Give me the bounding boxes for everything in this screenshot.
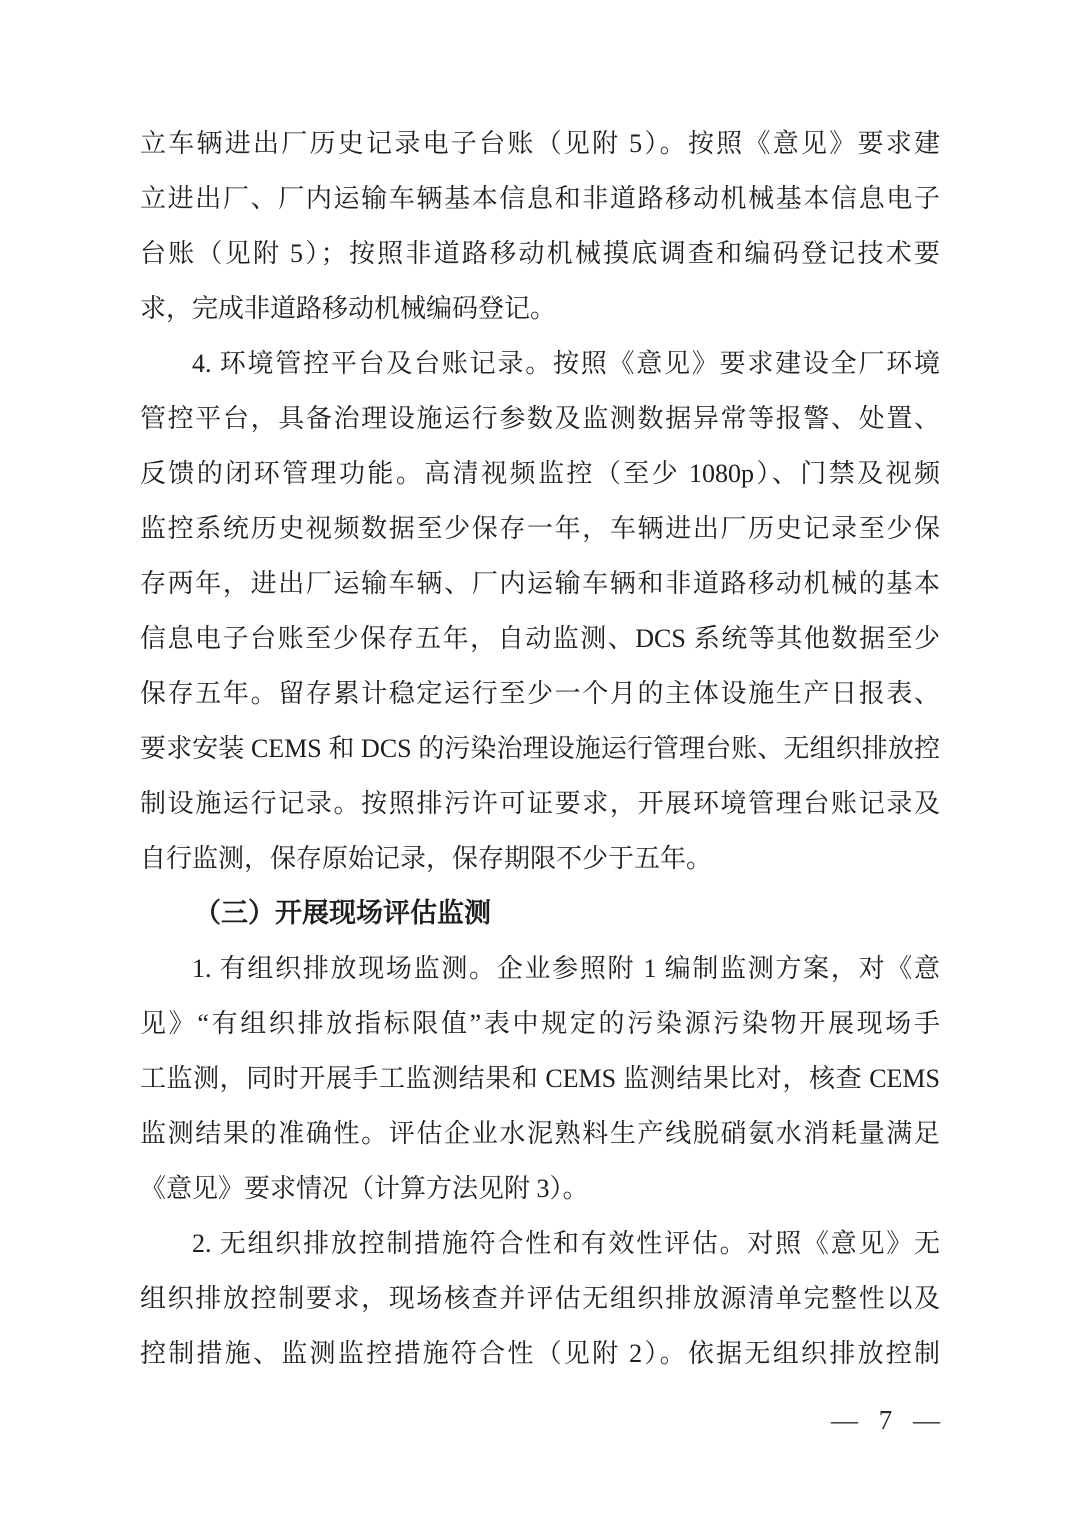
text-line: 信息电子台账至少保存五年，自动监测、DCS 系统等其他数据至少 bbox=[140, 611, 940, 666]
text-line: 自行监测，保存原始记录，保存期限不少于五年。 bbox=[140, 831, 940, 886]
text-line: 求，完成非道路移动机械编码登记。 bbox=[140, 281, 940, 336]
text-line: 立车辆进出厂历史记录电子台账（见附 5）。按照《意见》要求建 bbox=[140, 116, 940, 171]
text-line: 要求安装 CEMS 和 DCS 的污染治理设施运行管理台账、无组织排放控 bbox=[140, 721, 940, 776]
text-line: 制设施运行记录。按照排污许可证要求，开展环境管理台账记录及 bbox=[140, 776, 940, 831]
section-heading: （三）开展现场评估监测 bbox=[140, 886, 940, 941]
text-line: 台账（见附 5）；按照非道路移动机械摸底调查和编码登记技术要 bbox=[140, 226, 940, 281]
text-line: 1. 有组织排放现场监测。企业参照附 1 编制监测方案，对《意 bbox=[140, 941, 940, 996]
page-number: — 7 — bbox=[831, 1400, 940, 1440]
paragraph: 4. 环境管控平台及台账记录。按照《意见》要求建设全厂环境 管控平台，具备治理设… bbox=[140, 336, 940, 886]
text-line: 控制措施、监测监控措施符合性（见附 2）。依据无组织排放控制 bbox=[140, 1326, 940, 1381]
paragraph: 立车辆进出厂历史记录电子台账（见附 5）。按照《意见》要求建 立进出厂、厂内运输… bbox=[140, 116, 940, 336]
paragraph: 2. 无组织排放控制措施符合性和有效性评估。对照《意见》无 组织排放控制要求，现… bbox=[140, 1216, 940, 1381]
text-line: 管控平台，具备治理设施运行参数及监测数据异常等报警、处置、 bbox=[140, 391, 940, 446]
text-line: 组织排放控制要求，现场核查并评估无组织排放源清单完整性以及 bbox=[140, 1271, 940, 1326]
text-line: 反馈的闭环管理功能。高清视频监控（至少 1080p）、门禁及视频 bbox=[140, 446, 940, 501]
text-line: 见》“有组织排放指标限值”表中规定的污染源污染物开展现场手 bbox=[140, 996, 940, 1051]
document-body: 立车辆进出厂历史记录电子台账（见附 5）。按照《意见》要求建 立进出厂、厂内运输… bbox=[140, 116, 940, 1381]
text-line: 4. 环境管控平台及台账记录。按照《意见》要求建设全厂环境 bbox=[140, 336, 940, 391]
text-line: 2. 无组织排放控制措施符合性和有效性评估。对照《意见》无 bbox=[140, 1216, 940, 1271]
text-line: 工监测，同时开展手工监测结果和 CEMS 监测结果比对，核查 CEMS bbox=[140, 1051, 940, 1106]
text-line: 存两年，进出厂运输车辆、厂内运输车辆和非道路移动机械的基本 bbox=[140, 556, 940, 611]
text-line: 监测结果的准确性。评估企业水泥熟料生产线脱硝氨水消耗量满足 bbox=[140, 1106, 940, 1161]
text-line: 监控系统历史视频数据至少保存一年，车辆进出厂历史记录至少保 bbox=[140, 501, 940, 556]
text-line: 立进出厂、厂内运输车辆基本信息和非道路移动机械基本信息电子 bbox=[140, 171, 940, 226]
text-line: 保存五年。留存累计稳定运行至少一个月的主体设施生产日报表、 bbox=[140, 666, 940, 721]
section-heading-text: （三）开展现场评估监测 bbox=[140, 886, 940, 941]
document-page: { "page": { "number_label": "— 7 —" }, "… bbox=[0, 0, 1080, 1527]
text-line: 《意见》要求情况（计算方法见附 3）。 bbox=[140, 1161, 940, 1216]
paragraph: 1. 有组织排放现场监测。企业参照附 1 编制监测方案，对《意 见》“有组织排放… bbox=[140, 941, 940, 1216]
